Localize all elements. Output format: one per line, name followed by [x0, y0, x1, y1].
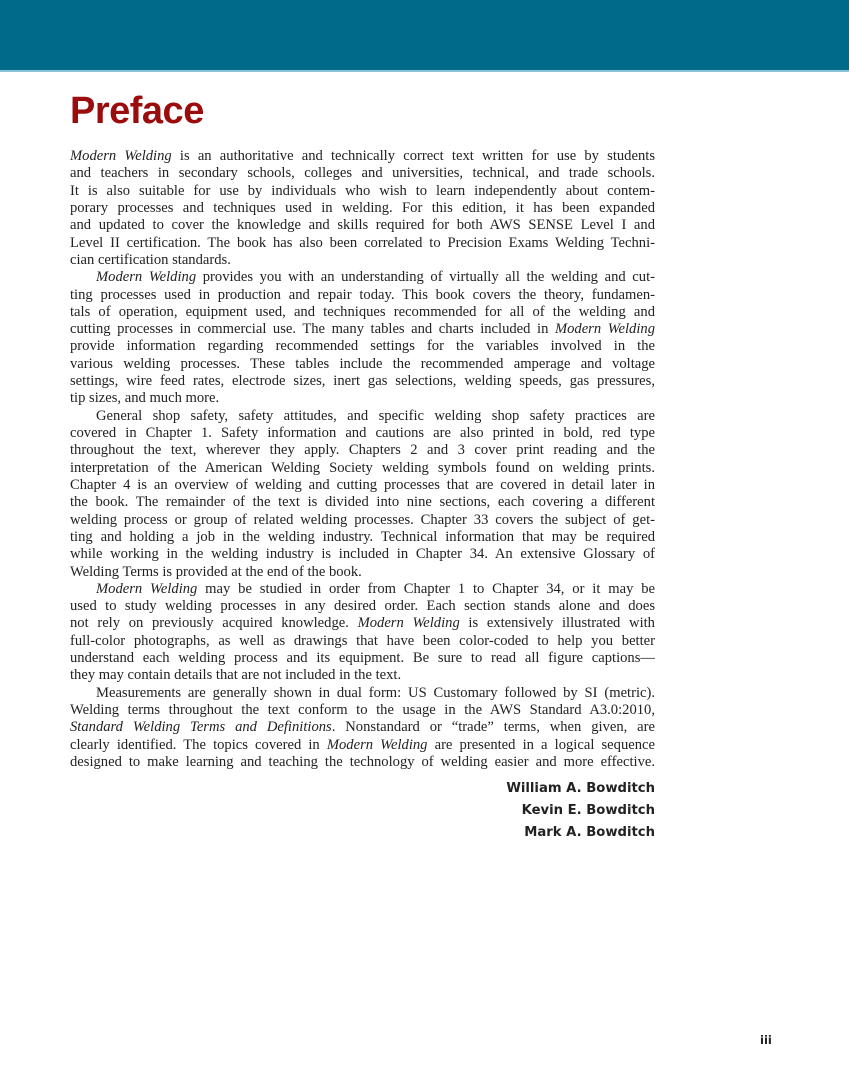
text-segment: they may contain details that are not in… [70, 667, 401, 683]
text-line: they may contain details that are not in… [70, 667, 655, 684]
text-segment: cian certification standards. [70, 252, 231, 268]
book-title-italic: Modern Welding [327, 737, 428, 753]
text-segment: while working in the welding industry is… [70, 546, 655, 562]
text-segment: tip sizes, and much more. [70, 390, 219, 406]
page-number: iii [760, 1033, 772, 1047]
book-title-italic: Modern Welding [358, 615, 460, 631]
text-line: Welding terms throughout the text confor… [70, 702, 655, 719]
text-line: Measurements are generally shown in dual… [70, 685, 655, 702]
header-rule [0, 70, 849, 72]
text-line: and teachers in secondary schools, colle… [70, 165, 655, 182]
author-list: William A. Bowditch Kevin E. Bowditch Ma… [400, 778, 655, 844]
text-segment: ting and holding a job in the welding in… [70, 529, 655, 545]
text-segment: may be studied in order from Chapter 1 t… [197, 581, 655, 597]
text-segment: Welding terms throughout the text confor… [70, 702, 655, 718]
text-segment: not rely on previously acquired knowledg… [70, 615, 358, 631]
text-line: tip sizes, and much more. [70, 390, 655, 407]
text-segment: used to study welding processes in any d… [70, 598, 655, 614]
text-segment: provide information regarding recommende… [70, 338, 655, 354]
text-line: Chapter 4 is an overview of welding and … [70, 477, 655, 494]
text-line: not rely on previously acquired knowledg… [70, 615, 655, 632]
text-line: various welding processes. These tables … [70, 356, 655, 373]
text-line: cutting processes in commercial use. The… [70, 321, 655, 338]
text-line: Level II certification. The book has als… [70, 235, 655, 252]
text-segment: and teachers in secondary schools, colle… [70, 165, 655, 181]
text-line: Modern Welding may be studied in order f… [70, 581, 655, 598]
text-line: It is also suitable for use by individua… [70, 183, 655, 200]
book-title-italic: Modern Welding [96, 581, 197, 597]
book-title-italic: Modern Welding [70, 148, 172, 164]
page-title: Preface [70, 88, 204, 134]
text-line: and updated to cover the knowledge and s… [70, 217, 655, 234]
text-segment: Welding Terms is provided at the end of … [70, 564, 362, 580]
text-segment: is an authoritative and technically corr… [172, 148, 655, 164]
text-segment: welding process or group of related weld… [70, 512, 655, 528]
text-segment: interpretation of the American Welding S… [70, 460, 655, 476]
text-line: porary processes and techniques used in … [70, 200, 655, 217]
text-segment: ting processes used in production and re… [70, 287, 655, 303]
author-name: Kevin E. Bowditch [400, 800, 655, 822]
text-line: Welding Terms is provided at the end of … [70, 564, 655, 581]
text-segment: the book. The remainder of the text is d… [70, 494, 655, 510]
text-line: designed to make learning and teaching t… [70, 754, 655, 771]
text-line: clearly identified. The topics covered i… [70, 737, 655, 754]
text-line: full-color photographs, as well as drawi… [70, 633, 655, 650]
text-segment: Measurements are generally shown in dual… [96, 685, 655, 701]
text-segment: settings, wire feed rates, electrode siz… [70, 373, 655, 389]
text-segment: clearly identified. The topics covered i… [70, 737, 327, 753]
text-segment: . Nonstandard or “trade” terms, when giv… [332, 719, 655, 735]
author-name: Mark A. Bowditch [400, 822, 655, 844]
text-segment: are presented in a logical sequence [427, 737, 655, 753]
text-line: Modern Welding provides you with an unde… [70, 269, 655, 286]
text-segment: It is also suitable for use by individua… [70, 183, 655, 199]
text-line: Standard Welding Terms and Definitions. … [70, 719, 655, 736]
book-title-italic: Modern Welding [555, 321, 655, 337]
text-line: tals of operation, equipment used, and t… [70, 304, 655, 321]
text-line: used to study welding processes in any d… [70, 598, 655, 615]
text-line: understand each welding process and its … [70, 650, 655, 667]
text-segment: cutting processes in commercial use. The… [70, 321, 555, 337]
book-title-italic: Standard Welding Terms and Definitions [70, 719, 332, 735]
preface-body: Modern Welding is an authoritative and t… [70, 148, 655, 771]
text-segment: throughout the text, wherever they apply… [70, 442, 655, 458]
text-segment: Level II certification. The book has als… [70, 235, 655, 251]
header-band [0, 0, 849, 70]
text-segment: tals of operation, equipment used, and t… [70, 304, 655, 320]
text-line: throughout the text, wherever they apply… [70, 442, 655, 459]
text-segment: and updated to cover the knowledge and s… [70, 217, 655, 233]
text-line: Modern Welding is an authoritative and t… [70, 148, 655, 165]
text-line: the book. The remainder of the text is d… [70, 494, 655, 511]
text-line: ting and holding a job in the welding in… [70, 529, 655, 546]
author-name: William A. Bowditch [400, 778, 655, 800]
text-line: cian certification standards. [70, 252, 655, 269]
text-segment: General shop safety, safety attitudes, a… [96, 408, 655, 424]
text-segment: porary processes and techniques used in … [70, 200, 655, 216]
text-line: ting processes used in production and re… [70, 287, 655, 304]
text-line: settings, wire feed rates, electrode siz… [70, 373, 655, 390]
book-title-italic: Modern Welding [96, 269, 196, 285]
text-line: provide information regarding recommende… [70, 338, 655, 355]
text-line: General shop safety, safety attitudes, a… [70, 408, 655, 425]
text-segment: provides you with an understanding of vi… [196, 269, 655, 285]
text-line: while working in the welding industry is… [70, 546, 655, 563]
text-segment: is extensively illustrated with [460, 615, 655, 631]
text-segment: designed to make learning and teaching t… [70, 754, 655, 770]
text-line: welding process or group of related weld… [70, 512, 655, 529]
text-segment: full-color photographs, as well as drawi… [70, 633, 655, 649]
text-line: interpretation of the American Welding S… [70, 460, 655, 477]
text-line: covered in Chapter 1. Safety information… [70, 425, 655, 442]
text-segment: various welding processes. These tables … [70, 356, 655, 372]
text-segment: understand each welding process and its … [70, 650, 655, 666]
text-segment: Chapter 4 is an overview of welding and … [70, 477, 655, 493]
text-segment: covered in Chapter 1. Safety information… [70, 425, 655, 441]
